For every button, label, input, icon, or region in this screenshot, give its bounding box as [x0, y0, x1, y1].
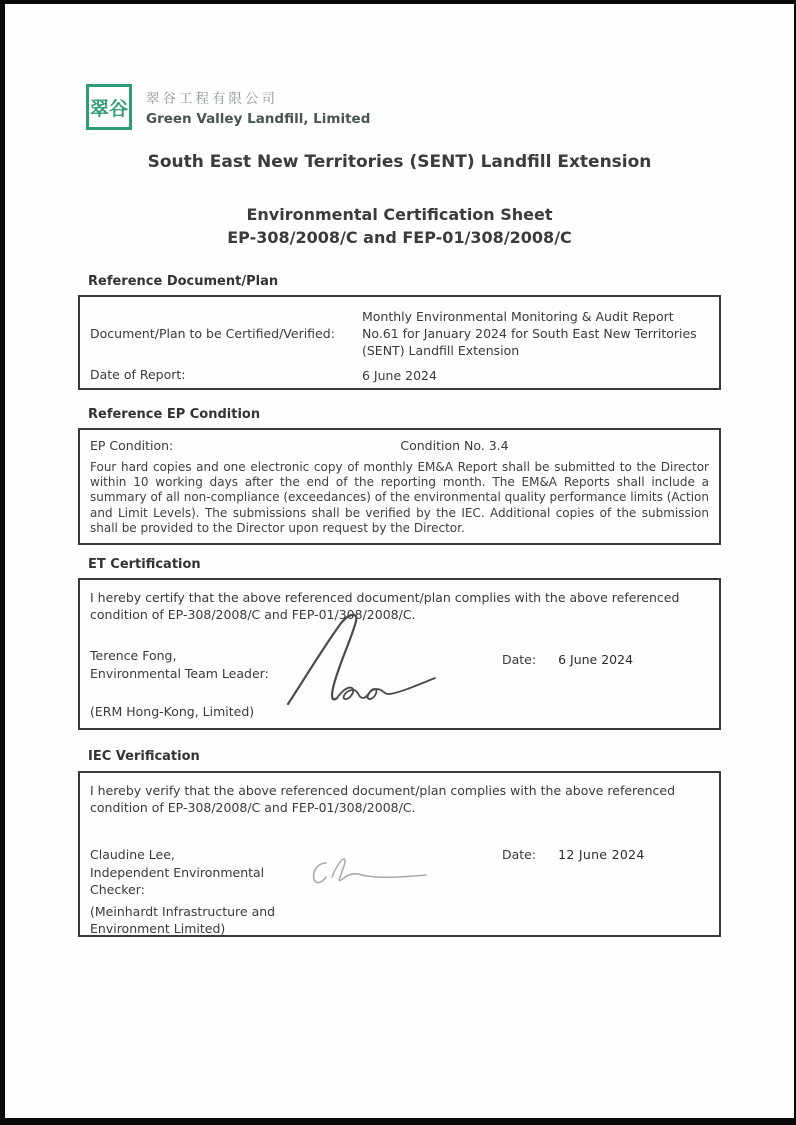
et-date-row: Date: 6 June 2024	[502, 652, 633, 667]
iec-signature	[308, 855, 433, 891]
iec-date-label: Date:	[502, 847, 536, 862]
ep-condition-value: Condition No. 3.4	[270, 438, 709, 453]
et-signatory: Terence Fong, Environmental Team Leader:	[90, 647, 310, 682]
sheet-title-line1: Environmental Certification Sheet	[5, 203, 794, 226]
ep-condition-row: EP Condition: Condition No. 3.4	[90, 438, 709, 453]
et-certification-heading: ET Certification	[88, 557, 201, 572]
iec-verification-box: I hereby verify that the above reference…	[78, 771, 721, 937]
document-sheet: 翠谷 翠谷工程有限公司 Green Valley Landfill, Limit…	[5, 4, 794, 1118]
iec-company: (Meinhardt Infrastructure and Environmen…	[90, 903, 295, 937]
sheet-title-line2: EP-308/2008/C and FEP-01/308/2008/C	[5, 226, 794, 249]
et-company: (ERM Hong-Kong, Limited)	[90, 703, 254, 720]
document-plan-value: Monthly Environmental Monitoring & Audit…	[362, 308, 709, 359]
date-of-report-value: 6 June 2024	[362, 367, 709, 384]
company-names: 翠谷工程有限公司 Green Valley Landfill, Limited	[146, 84, 370, 127]
reference-document-box: Document/Plan to be Certified/Verified: …	[78, 295, 721, 390]
iec-signatory: Claudine Lee, Independent Environmental …	[90, 846, 295, 899]
company-name-english: Green Valley Landfill, Limited	[146, 111, 370, 127]
et-signatory-title: Environmental Team Leader:	[90, 665, 310, 683]
document-plan-label: Document/Plan to be Certified/Verified:	[90, 326, 362, 341]
et-date-label: Date:	[502, 652, 536, 667]
ep-condition-text: Four hard copies and one electronic copy…	[90, 460, 709, 536]
date-of-report-label: Date of Report:	[90, 367, 362, 384]
document-plan-row: Document/Plan to be Certified/Verified: …	[90, 305, 709, 361]
iec-signatory-name: Claudine Lee,	[90, 846, 295, 864]
reference-ep-box: EP Condition: Condition No. 3.4 Four har…	[78, 428, 721, 545]
scanned-page-frame: 翠谷 翠谷工程有限公司 Green Valley Landfill, Limit…	[0, 0, 796, 1125]
project-title: South East New Territories (SENT) Landfi…	[5, 152, 794, 172]
iec-verification-heading: IEC Verification	[88, 749, 200, 764]
company-header: 翠谷 翠谷工程有限公司 Green Valley Landfill, Limit…	[86, 84, 370, 130]
iec-date-value: 12 June 2024	[558, 847, 645, 862]
sheet-title: Environmental Certification Sheet EP-308…	[5, 203, 794, 249]
company-logo-icon: 翠谷	[86, 84, 132, 130]
iec-verification-statement: I hereby verify that the above reference…	[90, 782, 705, 816]
iec-signatory-title: Independent Environmental Checker:	[90, 864, 295, 899]
iec-date-row: Date: 12 June 2024	[502, 847, 645, 862]
et-signature	[280, 608, 445, 708]
et-signatory-name: Terence Fong,	[90, 647, 310, 665]
et-certification-box: I hereby certify that the above referenc…	[78, 578, 721, 730]
date-of-report-row: Date of Report: 6 June 2024	[90, 367, 709, 384]
reference-ep-heading: Reference EP Condition	[88, 407, 260, 422]
et-date-value: 6 June 2024	[558, 652, 633, 667]
ep-condition-label: EP Condition:	[90, 438, 270, 453]
reference-document-heading: Reference Document/Plan	[88, 274, 278, 289]
company-name-chinese: 翠谷工程有限公司	[146, 87, 370, 107]
